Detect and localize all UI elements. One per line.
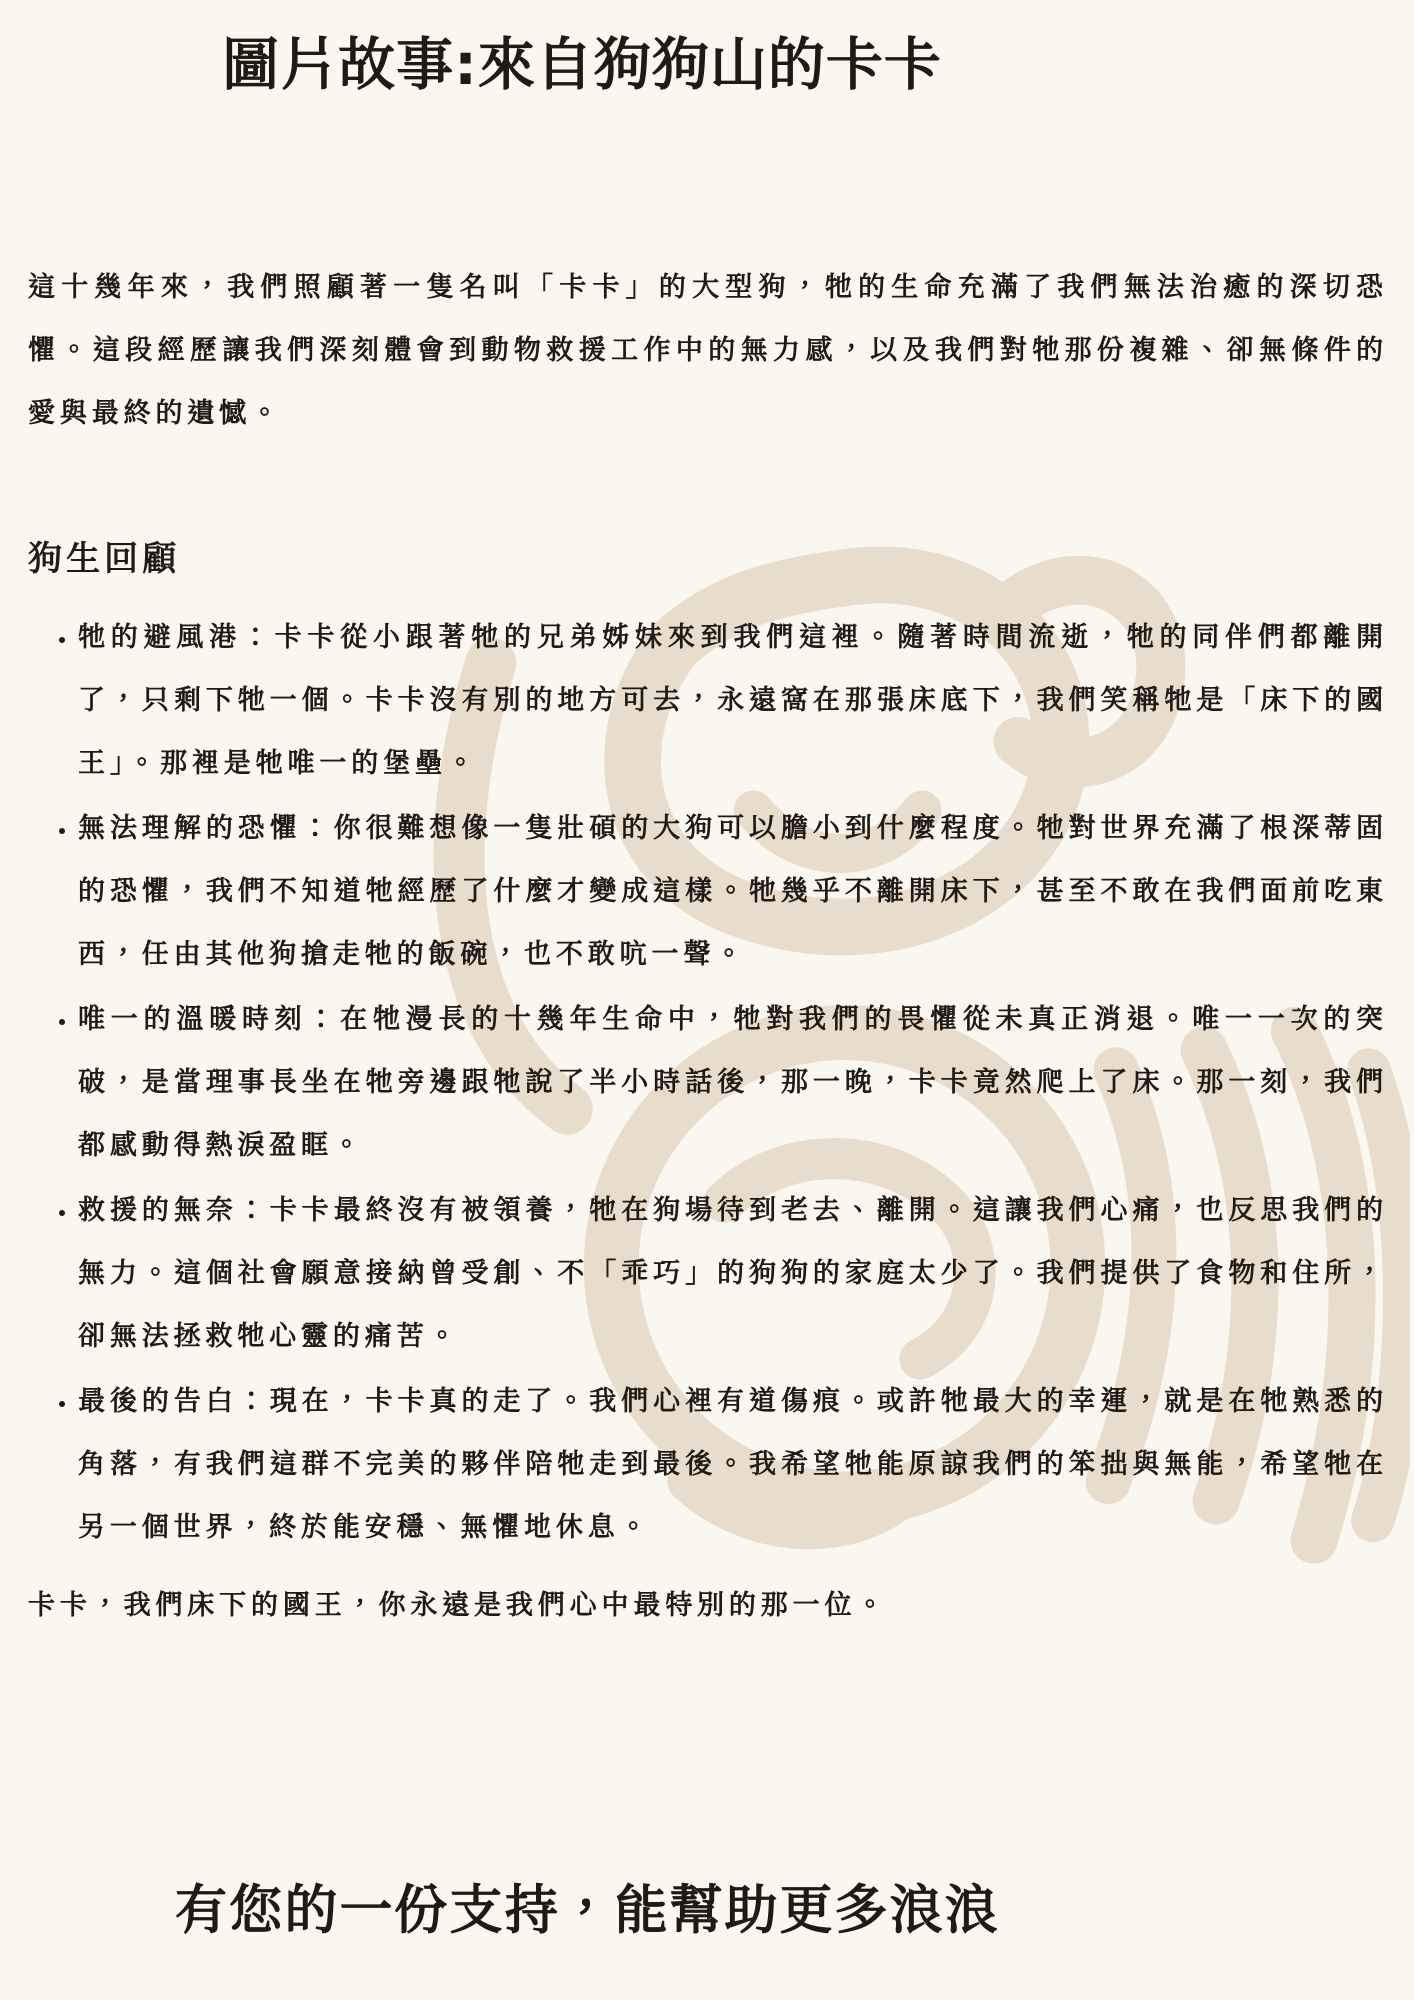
list-item: 牠的避風港：卡卡從小跟著牠的兄弟姊妹來到我們這裡。隨著時間流逝，牠的同伴們都離開… [78, 606, 1388, 795]
list-item: 救援的無奈：卡卡最終沒有被領養，牠在狗場待到老去、離開。這讓我們心痛，也反思我們… [78, 1179, 1388, 1368]
list-item: 最後的告白：現在，卡卡真的走了。我們心裡有道傷痕。或許牠最大的幸運，就是在牠熟悉… [78, 1370, 1388, 1559]
page-title: 圖片故事:來自狗狗山的卡卡 [0, 0, 1414, 96]
story-list: 牠的避風港：卡卡從小跟著牠的兄弟姊妹來到我們這裡。隨著時間流逝，牠的同伴們都離開… [0, 606, 1388, 1559]
footer-slogan: 有您的一份支持，能幫助更多浪浪 [0, 1637, 1414, 1940]
document-content: 圖片故事:來自狗狗山的卡卡 這十幾年來，我們照顧著一隻名叫「卡卡」的大型狗，牠的… [0, 0, 1414, 1940]
section-heading: 狗生回顧 [28, 531, 1414, 580]
list-item: 無法理解的恐懼：你很難想像一隻壯碩的大狗可以膽小到什麼程度。牠對世界充滿了根深蒂… [78, 797, 1388, 986]
document-page: 圖片故事:來自狗狗山的卡卡 這十幾年來，我們照顧著一隻名叫「卡卡」的大型狗，牠的… [0, 0, 1414, 2000]
closing-line: 卡卡，我們床下的國王，你永遠是我們心中最特別的那一位。 [28, 1574, 1388, 1637]
list-item: 唯一的溫暖時刻：在牠漫長的十幾年生命中，牠對我們的畏懼從未真正消退。唯一一次的突… [78, 988, 1388, 1177]
intro-paragraph: 這十幾年來，我們照顧著一隻名叫「卡卡」的大型狗，牠的生命充滿了我們無法治癒的深切… [28, 256, 1388, 445]
